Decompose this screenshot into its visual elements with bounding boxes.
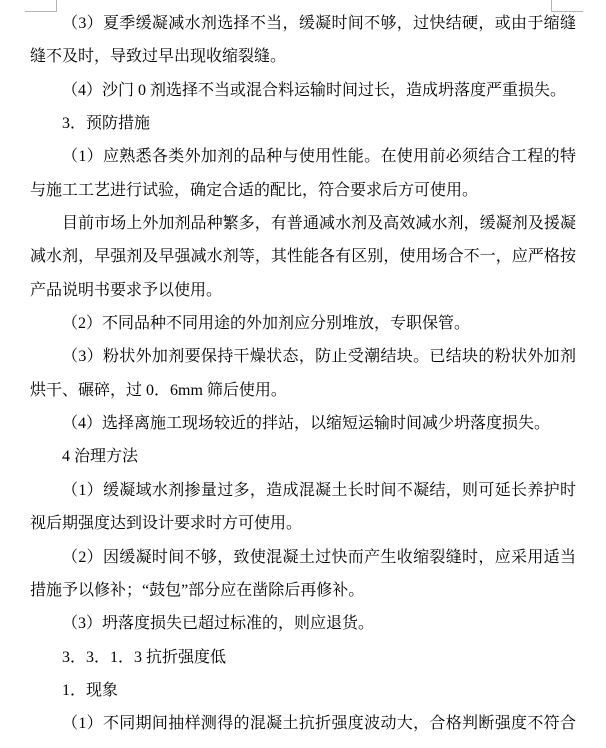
- text-line: 产品说明书要求予以使用。: [30, 274, 576, 307]
- text-line: （4）沙门 0 剂选择不当或混合料运输时间过长，造成坍落度严重损失。: [30, 74, 576, 107]
- text-line: （1）不同期间抽样测得的混凝土抗折强度波动大，合格判断强度不符合要: [30, 707, 576, 740]
- text-line: 减水剂，早强剂及早强减水剂等，其性能各有区别，使用场合不一，应严格按: [30, 240, 576, 273]
- text-line: 1．现象: [30, 674, 576, 707]
- text-line: （2）不同品种不同用途的外加剂应分别堆放，专职保管。: [30, 307, 576, 340]
- text-line: （1）缓凝域水剂掺量过多，造成混凝土长时间不凝结，则可延长养护时间，: [30, 474, 576, 507]
- text-line: （3）粉状外加剂要保持干燥状态，防止受潮结块。已结块的粉状外加剂应: [30, 340, 576, 373]
- text-line: 3．3．1．3 抗折强度低: [30, 641, 576, 674]
- text-line: （1）应熟悉各类外加剂的品种与使用性能。在使用前必须结合工程的特点: [30, 140, 576, 173]
- text-line: （4）选择离施工现场较近的拌站，以缩短运输时间减少坍落度损失。: [30, 407, 576, 440]
- text-line: 视后期强度达到设计要求时方可使用。: [30, 507, 576, 540]
- text-line: 与施工工艺进行试验，确定合适的配比，符合要求后方可使用。: [30, 174, 576, 207]
- document-page: （3）夏季缓凝减水剂选择不当，缓凝时间不够，过快结硬，或由于缩缝锯缝不及时，导致…: [0, 0, 606, 748]
- text-line: 目前市场上外加剂品种繁多，有普通减水剂及高效减水剂，缓凝剂及援凝: [30, 207, 576, 240]
- text-line: （3）夏季缓凝减水剂选择不当，缓凝时间不够，过快结硬，或由于缩缝锯: [30, 7, 576, 40]
- text-line: 缝不及时，导致过早出现收缩裂缝。: [30, 40, 576, 73]
- text-line: 措施予以修补；“鼓包”部分应在凿除后再修补。: [30, 574, 576, 607]
- text-line: （3）坍落度损失已超过标准的，则应退货。: [30, 607, 576, 640]
- document-text-block: （3）夏季缓凝减水剂选择不当，缓凝时间不够，过快结硬，或由于缩缝锯缝不及时，导致…: [30, 7, 576, 741]
- text-line: （2）因缓凝时间不够，致使混凝土过快而产生收缩裂缝时，应采用适当的: [30, 541, 576, 574]
- text-line: 4 治理方法: [30, 440, 576, 473]
- text-line: 烘干、碾碎，过 0．6mm 筛后使用。: [30, 374, 576, 407]
- text-line: 3．预防措施: [30, 107, 576, 140]
